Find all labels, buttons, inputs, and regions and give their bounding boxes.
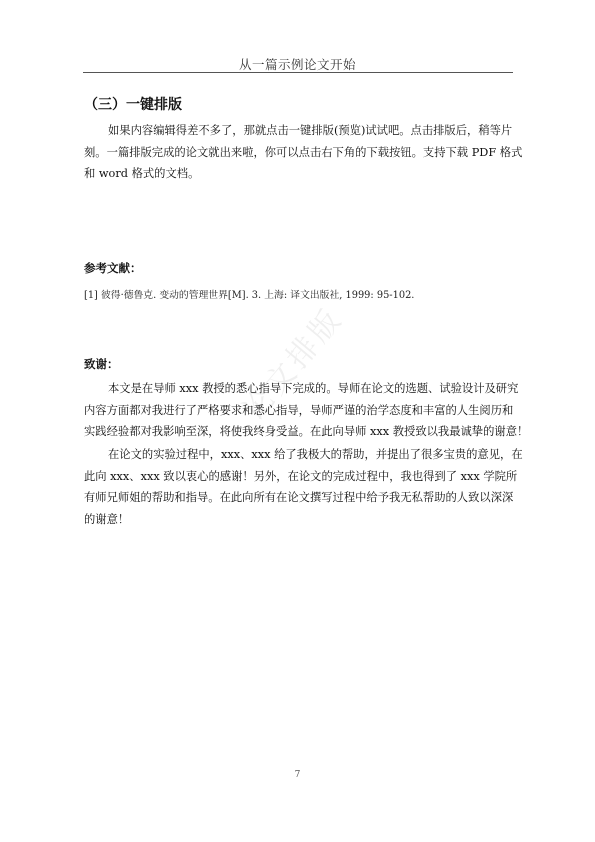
- acknowledgments-title: 致谢：: [84, 356, 119, 372]
- paragraph-line: 和 word 格式的文档。: [84, 163, 514, 185]
- paragraph-line: 内容方面都对我进行了严格要求和悉心指导，导师严谨的治学态度和丰富的人生阅历和: [84, 400, 514, 422]
- paragraph-line: 的谢意！: [84, 509, 514, 531]
- paragraph-line: 在论文的实验过程中，xxx、xxx 给了我极大的帮助，并提出了很多宝贵的意见，在: [84, 444, 514, 466]
- paragraph-line: 刻。一篇排版完成的论文就出来啦，你可以点击右下角的下载按钮。支持下载 PDF 格…: [84, 142, 514, 164]
- section-heading: （三）一键排版: [84, 94, 182, 114]
- acknowledgments-paragraph-2: 在论文的实验过程中，xxx、xxx 给了我极大的帮助，并提出了很多宝贵的意见，在…: [84, 444, 514, 530]
- paragraph-line: 如果内容编辑得差不多了，那就点击一键排版(预览)试试吧。点击排版后，稍等片: [84, 120, 514, 142]
- references-title: 参考文献：: [84, 260, 142, 276]
- section-paragraph: 如果内容编辑得差不多了，那就点击一键排版(预览)试试吧。点击排版后，稍等片 刻。…: [84, 120, 514, 185]
- header-divider: [83, 72, 513, 73]
- paragraph-line: 此向 xxx、xxx 致以衷心的感谢！另外，在论文的完成过程中，我也得到了 xx…: [84, 466, 514, 488]
- paragraph-line: 有师兄师姐的帮助和指导。在此向所有在论文撰写过程中给予我无私帮助的人致以深深: [84, 487, 514, 509]
- reference-item: [1] 彼得·德鲁克. 变动的管理世界[M]. 3. 上海: 译文出版社, 19…: [84, 287, 414, 301]
- acknowledgments-paragraph-1: 本文是在导师 xxx 教授的悉心指导下完成的。导师在论文的选题、试验设计及研究 …: [84, 378, 514, 443]
- page-number: 7: [0, 770, 595, 780]
- paragraph-line: 实践经验都对我影响至深，将使我终身受益。在此向导师 xxx 教授致以我最诚挚的谢…: [84, 421, 514, 443]
- page-header-title: 从一篇示例论文开始: [0, 55, 595, 73]
